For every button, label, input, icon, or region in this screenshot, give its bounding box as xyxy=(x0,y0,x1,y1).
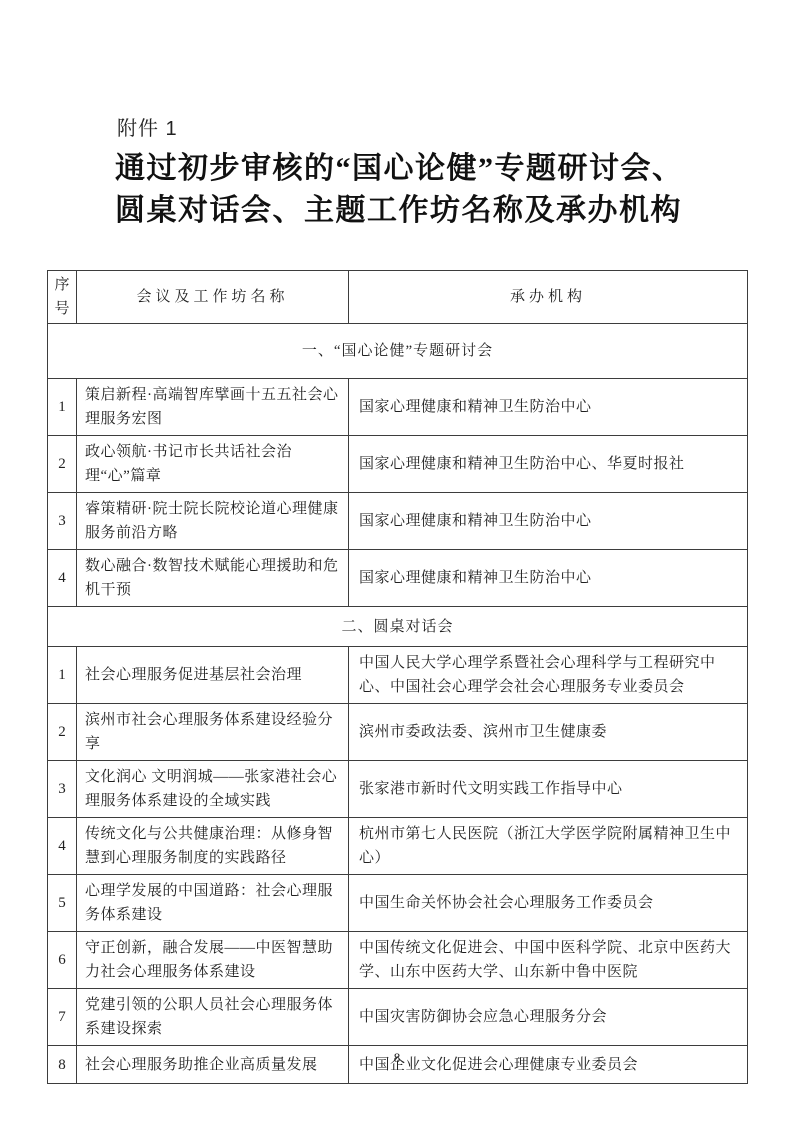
table-row: 4数心融合·数智技术赋能心理援助和危机干预国家心理健康和精神卫生防治中心 xyxy=(48,550,748,607)
cell-index: 4 xyxy=(48,550,77,607)
cell-index: 5 xyxy=(48,875,77,932)
header-cell-name: 会议及工作坊名称 xyxy=(77,271,349,324)
table-row: 4传统文化与公共健康治理：从修身智慧到心理服务制度的实践路径杭州市第七人民医院（… xyxy=(48,818,748,875)
cell-name: 政心领航·书记市长共话社会治理“心”篇章 xyxy=(77,436,349,493)
cell-organizer: 国家心理健康和精神卫生防治中心、华夏时报社 xyxy=(349,436,748,493)
workshop-table-header: 序号 会议及工作坊名称 承办机构 xyxy=(48,271,748,324)
cell-index: 1 xyxy=(48,647,77,704)
page-title-line-2: 圆桌对话会、主题工作坊名称及承办机构 xyxy=(115,190,715,232)
cell-organizer: 杭州市第七人民医院（浙江大学医学院附属精神卫生中心） xyxy=(349,818,748,875)
section-header-row: 二、圆桌对话会 xyxy=(48,607,748,647)
cell-organizer: 国家心理健康和精神卫生防治中心 xyxy=(349,493,748,550)
table-row: 1社会心理服务促进基层社会治理中国人民大学心理学系暨社会心理科学与工程研究中心、… xyxy=(48,647,748,704)
header-row: 序号 会议及工作坊名称 承办机构 xyxy=(48,271,748,324)
cell-index: 6 xyxy=(48,932,77,989)
section-title: 二、圆桌对话会 xyxy=(48,607,748,647)
table-row: 2滨州市社会心理服务体系建设经验分享滨州市委政法委、滨州市卫生健康委 xyxy=(48,704,748,761)
cell-name: 文化润心 文明润城——张家港社会心理服务体系建设的全域实践 xyxy=(77,761,349,818)
cell-organizer: 中国生命关怀协会社会心理服务工作委员会 xyxy=(349,875,748,932)
cell-name: 滨州市社会心理服务体系建设经验分享 xyxy=(77,704,349,761)
table-row: 5心理学发展的中国道路：社会心理服务体系建设中国生命关怀协会社会心理服务工作委员… xyxy=(48,875,748,932)
table-row: 1策启新程·高端智库擘画十五五社会心理服务宏图国家心理健康和精神卫生防治中心 xyxy=(48,379,748,436)
cell-index: 1 xyxy=(48,379,77,436)
cell-index: 7 xyxy=(48,989,77,1046)
workshop-table-body: 一、“国心论健”专题研讨会1策启新程·高端智库擘画十五五社会心理服务宏图国家心理… xyxy=(48,324,748,1084)
cell-index: 3 xyxy=(48,761,77,818)
cell-name: 社会心理服务促进基层社会治理 xyxy=(77,647,349,704)
header-cell-organizer: 承办机构 xyxy=(349,271,748,324)
cell-index: 2 xyxy=(48,436,77,493)
cell-name: 党建引领的公职人员社会心理服务体系建设探索 xyxy=(77,989,349,1046)
cell-organizer: 中国人民大学心理学系暨社会心理科学与工程研究中心、中国社会心理学会社会心理服务专… xyxy=(349,647,748,704)
table-row: 6守正创新，融合发展——中医智慧助力社会心理服务体系建设中国传统文化促进会、中国… xyxy=(48,932,748,989)
cell-index: 3 xyxy=(48,493,77,550)
section-header-row: 一、“国心论健”专题研讨会 xyxy=(48,324,748,379)
cell-name: 策启新程·高端智库擘画十五五社会心理服务宏图 xyxy=(77,379,349,436)
cell-organizer: 滨州市委政法委、滨州市卫生健康委 xyxy=(349,704,748,761)
cell-organizer: 中国灾害防御协会应急心理服务分会 xyxy=(349,989,748,1046)
workshop-table: 序号 会议及工作坊名称 承办机构 一、“国心论健”专题研讨会1策启新程·高端智库… xyxy=(47,270,748,1084)
cell-index: 4 xyxy=(48,818,77,875)
page-title-line-1: 通过初步审核的“国心论健”专题研讨会、 xyxy=(115,148,715,190)
page-title: 通过初步审核的“国心论健”专题研讨会、 圆桌对话会、主题工作坊名称及承办机构 xyxy=(115,148,715,232)
table-row: 3睿策精研·院士院长院校论道心理健康服务前沿方略国家心理健康和精神卫生防治中心 xyxy=(48,493,748,550)
cell-organizer: 中国传统文化促进会、中国中医科学院、北京中医药大学、山东中医药大学、山东新中鲁中… xyxy=(349,932,748,989)
document-page: 附件 1 通过初步审核的“国心论健”专题研讨会、 圆桌对话会、主题工作坊名称及承… xyxy=(0,0,800,1131)
attachment-label: 附件 1 xyxy=(117,112,178,141)
section-title: 一、“国心论健”专题研讨会 xyxy=(48,324,748,379)
table-row: 7党建引领的公职人员社会心理服务体系建设探索中国灾害防御协会应急心理服务分会 xyxy=(48,989,748,1046)
cell-index: 2 xyxy=(48,704,77,761)
header-cell-index: 序号 xyxy=(48,271,77,324)
cell-organizer: 国家心理健康和精神卫生防治中心 xyxy=(349,379,748,436)
cell-name: 心理学发展的中国道路：社会心理服务体系建设 xyxy=(77,875,349,932)
cell-name: 睿策精研·院士院长院校论道心理健康服务前沿方略 xyxy=(77,493,349,550)
page-number: 8 xyxy=(0,1050,794,1066)
cell-organizer: 张家港市新时代文明实践工作指导中心 xyxy=(349,761,748,818)
cell-name: 传统文化与公共健康治理：从修身智慧到心理服务制度的实践路径 xyxy=(77,818,349,875)
cell-name: 守正创新，融合发展——中医智慧助力社会心理服务体系建设 xyxy=(77,932,349,989)
table-row: 2政心领航·书记市长共话社会治理“心”篇章国家心理健康和精神卫生防治中心、华夏时… xyxy=(48,436,748,493)
cell-organizer: 国家心理健康和精神卫生防治中心 xyxy=(349,550,748,607)
table-row: 3文化润心 文明润城——张家港社会心理服务体系建设的全域实践张家港市新时代文明实… xyxy=(48,761,748,818)
cell-name: 数心融合·数智技术赋能心理援助和危机干预 xyxy=(77,550,349,607)
